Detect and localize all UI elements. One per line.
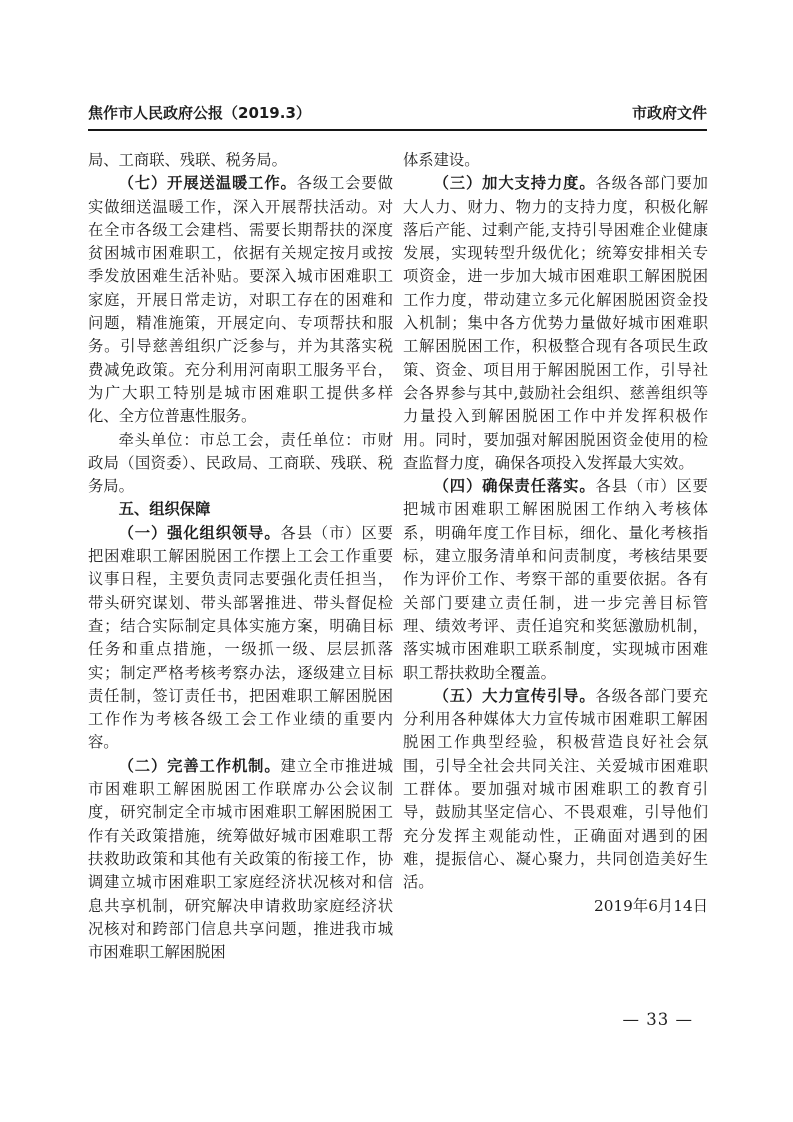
paragraph-item-2: （二）完善工作机制。建立全市推进城市困难职工解困脱困工作联席办公会议制度，研究制… — [88, 755, 393, 965]
content-columns: 局、工商联、残联、税务局。 （七）开展送温暖工作。各级工会要做实做细送温暖工作，… — [88, 149, 708, 964]
document-page: 焦作市人民政府公报（2019.3） 市政府文件 局、工商联、残联、税务局。 （七… — [0, 0, 793, 1122]
right-column: 体系建设。 （三）加大支持力度。各级各部门要加大人力、财力、物力的支持力度，积极… — [403, 149, 708, 964]
paragraph-item-4: （四）确保责任落实。各县（市）区要把城市困难职工解困脱困工作纳入考核体系，明确年… — [403, 475, 708, 685]
paragraph-item-1-text: 各县（市）区要把困难职工解困脱困工作摆上工会工作重要议事日程，主要负责同志要强化… — [88, 524, 393, 752]
gazette-title: 焦作市人民政府公报（2019.3） — [88, 103, 311, 123]
left-column: 局、工商联、残联、税务局。 （七）开展送温暖工作。各级工会要做实做细送温暖工作，… — [88, 149, 393, 964]
paragraph-item-7-lead: （七）开展送温暖工作。 — [119, 174, 297, 192]
doc-type-label: 市政府文件 — [632, 103, 707, 123]
page-header: 焦作市人民政府公报（2019.3） 市政府文件 — [88, 103, 707, 131]
paragraph-item-2-lead: （二）完善工作机制。 — [119, 757, 281, 775]
paragraph-lead-units: 牵头单位：市总工会，责任单位：市财政局（国资委）、民政局、工商联、残联、税务局。 — [88, 429, 393, 499]
paragraph-item-5: （五）大力宣传引导。各级各部门要充分利用各种媒体大力宣传城市困难职工解困脱困工作… — [403, 685, 708, 895]
section-heading-5: 五、组织保障 — [88, 498, 393, 521]
paragraph-item-4-lead: （四）确保责任落实。 — [434, 477, 596, 495]
paragraph-continuation: 局、工商联、残联、税务局。 — [88, 149, 393, 172]
paragraph-continuation-right: 体系建设。 — [403, 149, 708, 172]
paragraph-item-7-text: 各级工会要做实做细送温暖工作，深入开展帮扶活动。对在全市各级工会建档、需要长期帮… — [88, 174, 393, 425]
page-number: — 33 — — [623, 1010, 694, 1029]
paragraph-item-5-text: 各级各部门要充分利用各种媒体大力宣传城市困难职工解困脱困工作典型经验，积极营造良… — [403, 687, 708, 891]
paragraph-item-5-lead: （五）大力宣传引导。 — [434, 687, 596, 705]
paragraph-item-1-lead: （一）强化组织领导。 — [119, 524, 281, 542]
paragraph-item-3-lead: （三）加大支持力度。 — [434, 174, 596, 192]
paragraph-item-3-text: 各级各部门要加大人力、财力、物力的支持力度，积极化解落后产能、过剩产能,支持引导… — [403, 174, 708, 472]
paragraph-item-2-text: 建立全市推进城市困难职工解困脱困工作联席办公会议制度，研究制定全市城市困难职工解… — [88, 757, 393, 961]
paragraph-item-4-text: 各县（市）区要把城市困难职工解困脱困工作纳入考核体系，明确年度工作目标，细化、量… — [403, 477, 708, 681]
paragraph-item-3: （三）加大支持力度。各级各部门要加大人力、财力、物力的支持力度，积极化解落后产能… — [403, 172, 708, 475]
paragraph-item-1: （一）强化组织领导。各县（市）区要把困难职工解困脱困工作摆上工会工作重要议事日程… — [88, 522, 393, 755]
document-date: 2019年6月14日 — [403, 895, 708, 918]
paragraph-item-7: （七）开展送温暖工作。各级工会要做实做细送温暖工作，深入开展帮扶活动。对在全市各… — [88, 172, 393, 428]
